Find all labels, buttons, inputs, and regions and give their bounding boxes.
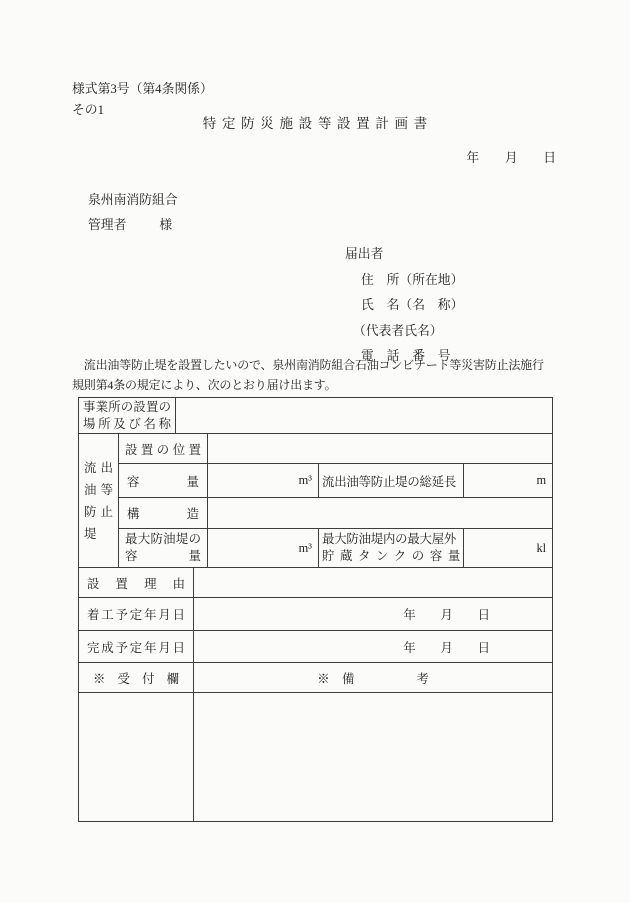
plan-table: 事業所の設置の 場所及び名称 流出 油等 防止 堤 設置の位置 [78,397,553,822]
row-max-dike: 最大防油堤の 容量 m³ 最大防油堤内の最大屋外 貯蔵タンクの容量 kl [79,529,553,568]
dike-label-line1: 流出 [84,457,113,479]
max-dike-label-line1: 最大防油堤の [125,531,201,548]
max-tank-label-cell: 最大防油堤内の最大屋外 貯蔵タンクの容量 [319,529,464,568]
row-structure: 構造 [79,498,553,529]
row-business-site: 事業所の設置の 場所及び名称 [79,398,553,434]
date-line: 年 月 日 [466,147,556,166]
remarks-label-cell: ※ 備 考 [194,663,553,693]
start-date-label-cell: 着工予定年月日 [79,598,194,631]
row-start-date: 着工予定年月日 年 月 日 [79,598,553,631]
completion-date-value-cell: 年 月 日 [194,631,553,663]
dike-label-line3: 防止 [84,501,113,523]
dike-group-label-cell: 流出 油等 防止 堤 [79,434,119,568]
row-reception-header: ※受付欄 ※ 備 考 [79,663,553,693]
remarks-value-cell [194,693,553,822]
form-number: 様式第3号（第4条関係） [72,78,213,97]
recipient-org: 泉州南消防組合 [88,189,178,208]
business-site-value-cell [176,398,553,434]
body-line-2: 規則第4条の規定により、次のとおり届け出ます。 [72,376,562,396]
notifier-address-label: 住 所（所在地） [361,268,463,294]
max-tank-label-line1: 最大防油堤内の最大屋外 [322,531,460,548]
capacity-value-cell: m³ [208,464,319,498]
dike-group-label: 流出 油等 防止 堤 [79,457,118,545]
recipient-honorific: 様 [159,218,172,232]
dike-label-line4: 堤 [84,523,113,545]
dike-label-line2: 油等 [84,479,113,501]
row-completion-date: 完成予定年月日 年 月 日 [79,631,553,663]
dike-length-label-cell: 流出油等防止堤の総延長 [319,464,464,498]
notifier-name-label: 氏 名（名 称） [361,293,463,319]
business-site-label-cell: 事業所の設置の 場所及び名称 [79,398,176,434]
notifier-block: 届出者 住 所（所在地） 氏 名（名 称） （代表者氏名） 電 話 番 号 [345,242,463,370]
notifier-representative-label: （代表者氏名） [353,319,463,345]
location-label-cell: 設置の位置 [119,434,208,464]
body-paragraph: 流出油等防止堤を設置したいので、泉州南消防組合石油コンビナート等災害防止法施行 … [72,356,562,395]
row-location: 流出 油等 防止 堤 設置の位置 [79,434,553,464]
business-site-label-line1: 事業所の設置の [83,399,171,416]
max-dike-value-cell: m³ [208,529,319,568]
start-date-value-cell: 年 月 日 [194,598,553,631]
dike-length-value-cell: m [464,464,553,498]
recipient-role: 管理者 [88,218,126,232]
completion-date-label-cell: 完成予定年月日 [79,631,194,663]
location-value-cell [208,434,553,464]
body-line-1: 流出油等防止堤を設置したいので、泉州南消防組合石油コンビナート等災害防止法施行 [72,356,562,376]
page-title: 特定防災施設等設置計画書 [0,112,630,132]
notifier-label: 届出者 [345,242,463,268]
business-site-label-line2: 場所及び名称 [83,416,171,433]
row-reception-body [79,693,553,822]
structure-label-cell: 構造 [119,498,208,529]
form-page: 様式第3号（第4条関係） その1 特定防災施設等設置計画書 年 月 日 泉州南消… [0,0,630,903]
reason-label-cell: 設置理由 [79,568,194,598]
max-dike-label-cell: 最大防油堤の 容量 [119,529,208,568]
max-tank-value-cell: kl [464,529,553,568]
reception-value-cell [79,693,194,822]
row-capacity: 容量 m³ 流出油等防止堤の総延長 m [79,464,553,498]
reception-label-cell: ※受付欄 [79,663,194,693]
recipient-role-line: 管理者様 [88,214,172,233]
structure-value-cell [208,498,553,529]
max-tank-label-line2: 貯蔵タンクの容量 [322,548,460,565]
capacity-label-cell: 容量 [119,464,208,498]
row-reason: 設置理由 [79,568,553,598]
reason-value-cell [194,568,553,598]
max-dike-label-line2: 容量 [125,548,201,565]
